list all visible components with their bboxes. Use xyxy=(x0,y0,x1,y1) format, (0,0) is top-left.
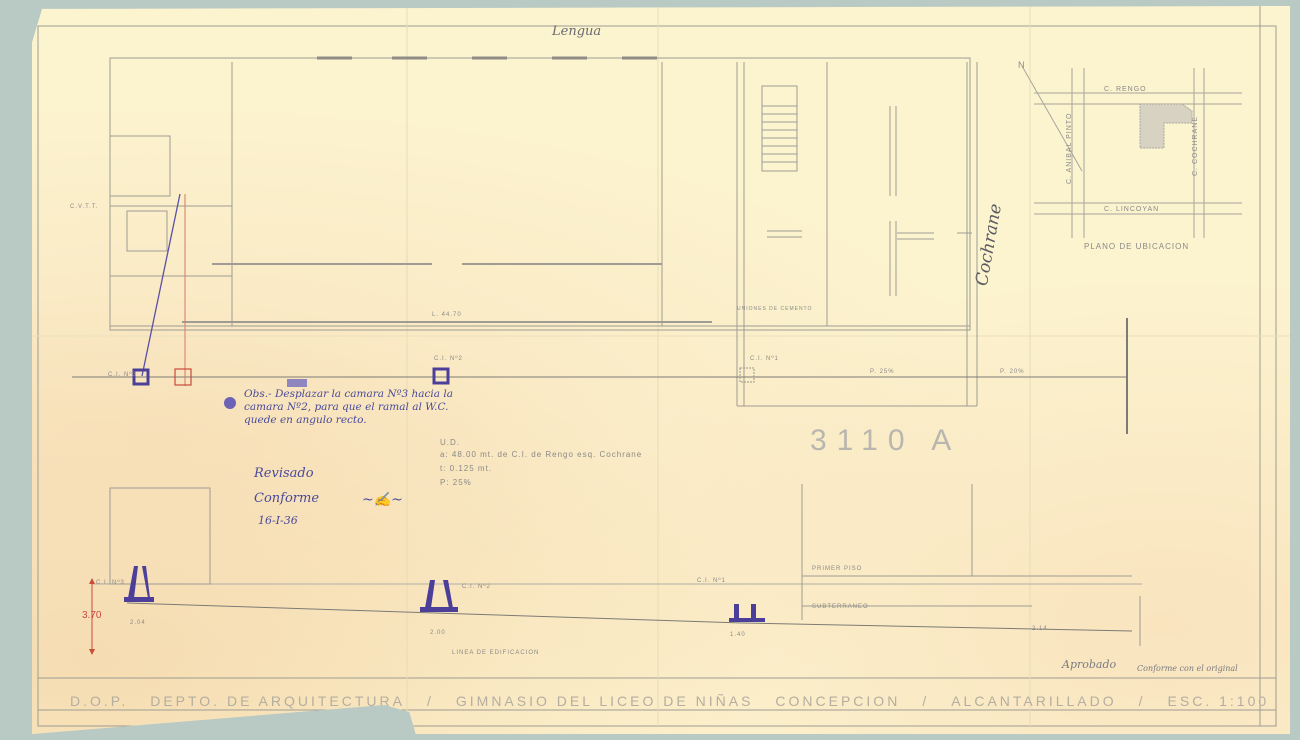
engineer-signature: ~✍~ xyxy=(362,492,403,508)
street-label-top: Lengua xyxy=(552,24,601,39)
signature-conforme: Conforme xyxy=(254,491,319,506)
approval-right: Conforme con el original xyxy=(1137,664,1238,673)
title-sep-2: / xyxy=(922,693,929,709)
level-4: 2.14 xyxy=(1032,626,1048,632)
section-label-subterraneo: SUBTERRANEO xyxy=(812,604,869,610)
section-label-ci1: C.I. Nº1 xyxy=(697,578,726,584)
specs-line-p: P: 25% xyxy=(440,478,472,487)
title-building: GIMNASIO DEL LICEO DE NIÑAS xyxy=(456,693,754,709)
section-label-linea: LINEA DE EDIFICACION xyxy=(452,650,539,656)
section-label-ci3: C.I. Nº3 xyxy=(96,580,125,586)
label-uniones: UNIONES DE CEMENTO xyxy=(737,306,812,312)
title-department: DEPTO. DE ARQUITECTURA xyxy=(150,693,405,709)
title-sep-3: / xyxy=(1139,693,1146,709)
title-scale: ESC. 1:100 xyxy=(1168,693,1270,709)
label-cvtt: C.V.T.T. xyxy=(70,204,98,210)
street-lincoyan: C. LINCOYAN xyxy=(1104,206,1159,213)
drawing-number: 3110 A xyxy=(810,424,961,458)
street-rengo: C. RENGO xyxy=(1104,86,1147,93)
dim-pipe-mid: P. 25% xyxy=(870,369,895,375)
title-city: CONCEPCION xyxy=(775,693,900,709)
location-plan-title: PLANO DE UBICACION xyxy=(1084,242,1189,251)
label-ci-3: C.I. Nº3 xyxy=(108,372,137,378)
title-sep-1: / xyxy=(427,693,434,709)
street-anibal-pinto: C. ANIBAL PINTO xyxy=(1066,113,1073,184)
signature-revisado: Revisado xyxy=(254,466,314,481)
specs-line-a: a: 48.00 mt. de C.I. de Rengo esq. Cochr… xyxy=(440,450,642,459)
specs-line-t: t: 0.125 mt. xyxy=(440,464,492,473)
observation-note: Obs.- Desplazar la camara Nº3 hacia la c… xyxy=(244,388,474,427)
label-ci-2: C.I. Nº2 xyxy=(434,356,463,362)
note-date: 16-I-36 xyxy=(258,514,298,527)
dim-pipe-left: L. 44.70 xyxy=(432,312,462,318)
height-mark: 3.70 xyxy=(82,610,101,621)
label-ci-1: C.I. Nº1 xyxy=(750,356,779,362)
north-mark: N xyxy=(1018,60,1026,70)
title-subject: ALCANTARILLADO xyxy=(951,693,1116,709)
level-3: 1.40 xyxy=(730,632,746,638)
title-block: D.O.P. DEPTO. DE ARQUITECTURA / GIMNASIO… xyxy=(70,688,1020,714)
title-office: D.O.P. xyxy=(70,693,128,709)
level-1: 2.04 xyxy=(130,620,146,626)
dim-pipe-right: P. 20% xyxy=(1000,369,1025,375)
blueprint-sheet: Lengua Cochrane 3110 A C. RENGO C. LINCO… xyxy=(32,6,1290,734)
street-cochrane: C. COCHRANE xyxy=(1192,116,1199,176)
section-label-primer-piso: PRIMER PISO xyxy=(812,566,862,572)
approval-left: Aprobado xyxy=(1062,658,1116,671)
level-2: 2.00 xyxy=(430,630,446,636)
section-label-ci2: C.I. Nº2 xyxy=(462,584,491,590)
specs-header: U.D. xyxy=(440,438,460,447)
drawing-linework xyxy=(32,6,1290,734)
